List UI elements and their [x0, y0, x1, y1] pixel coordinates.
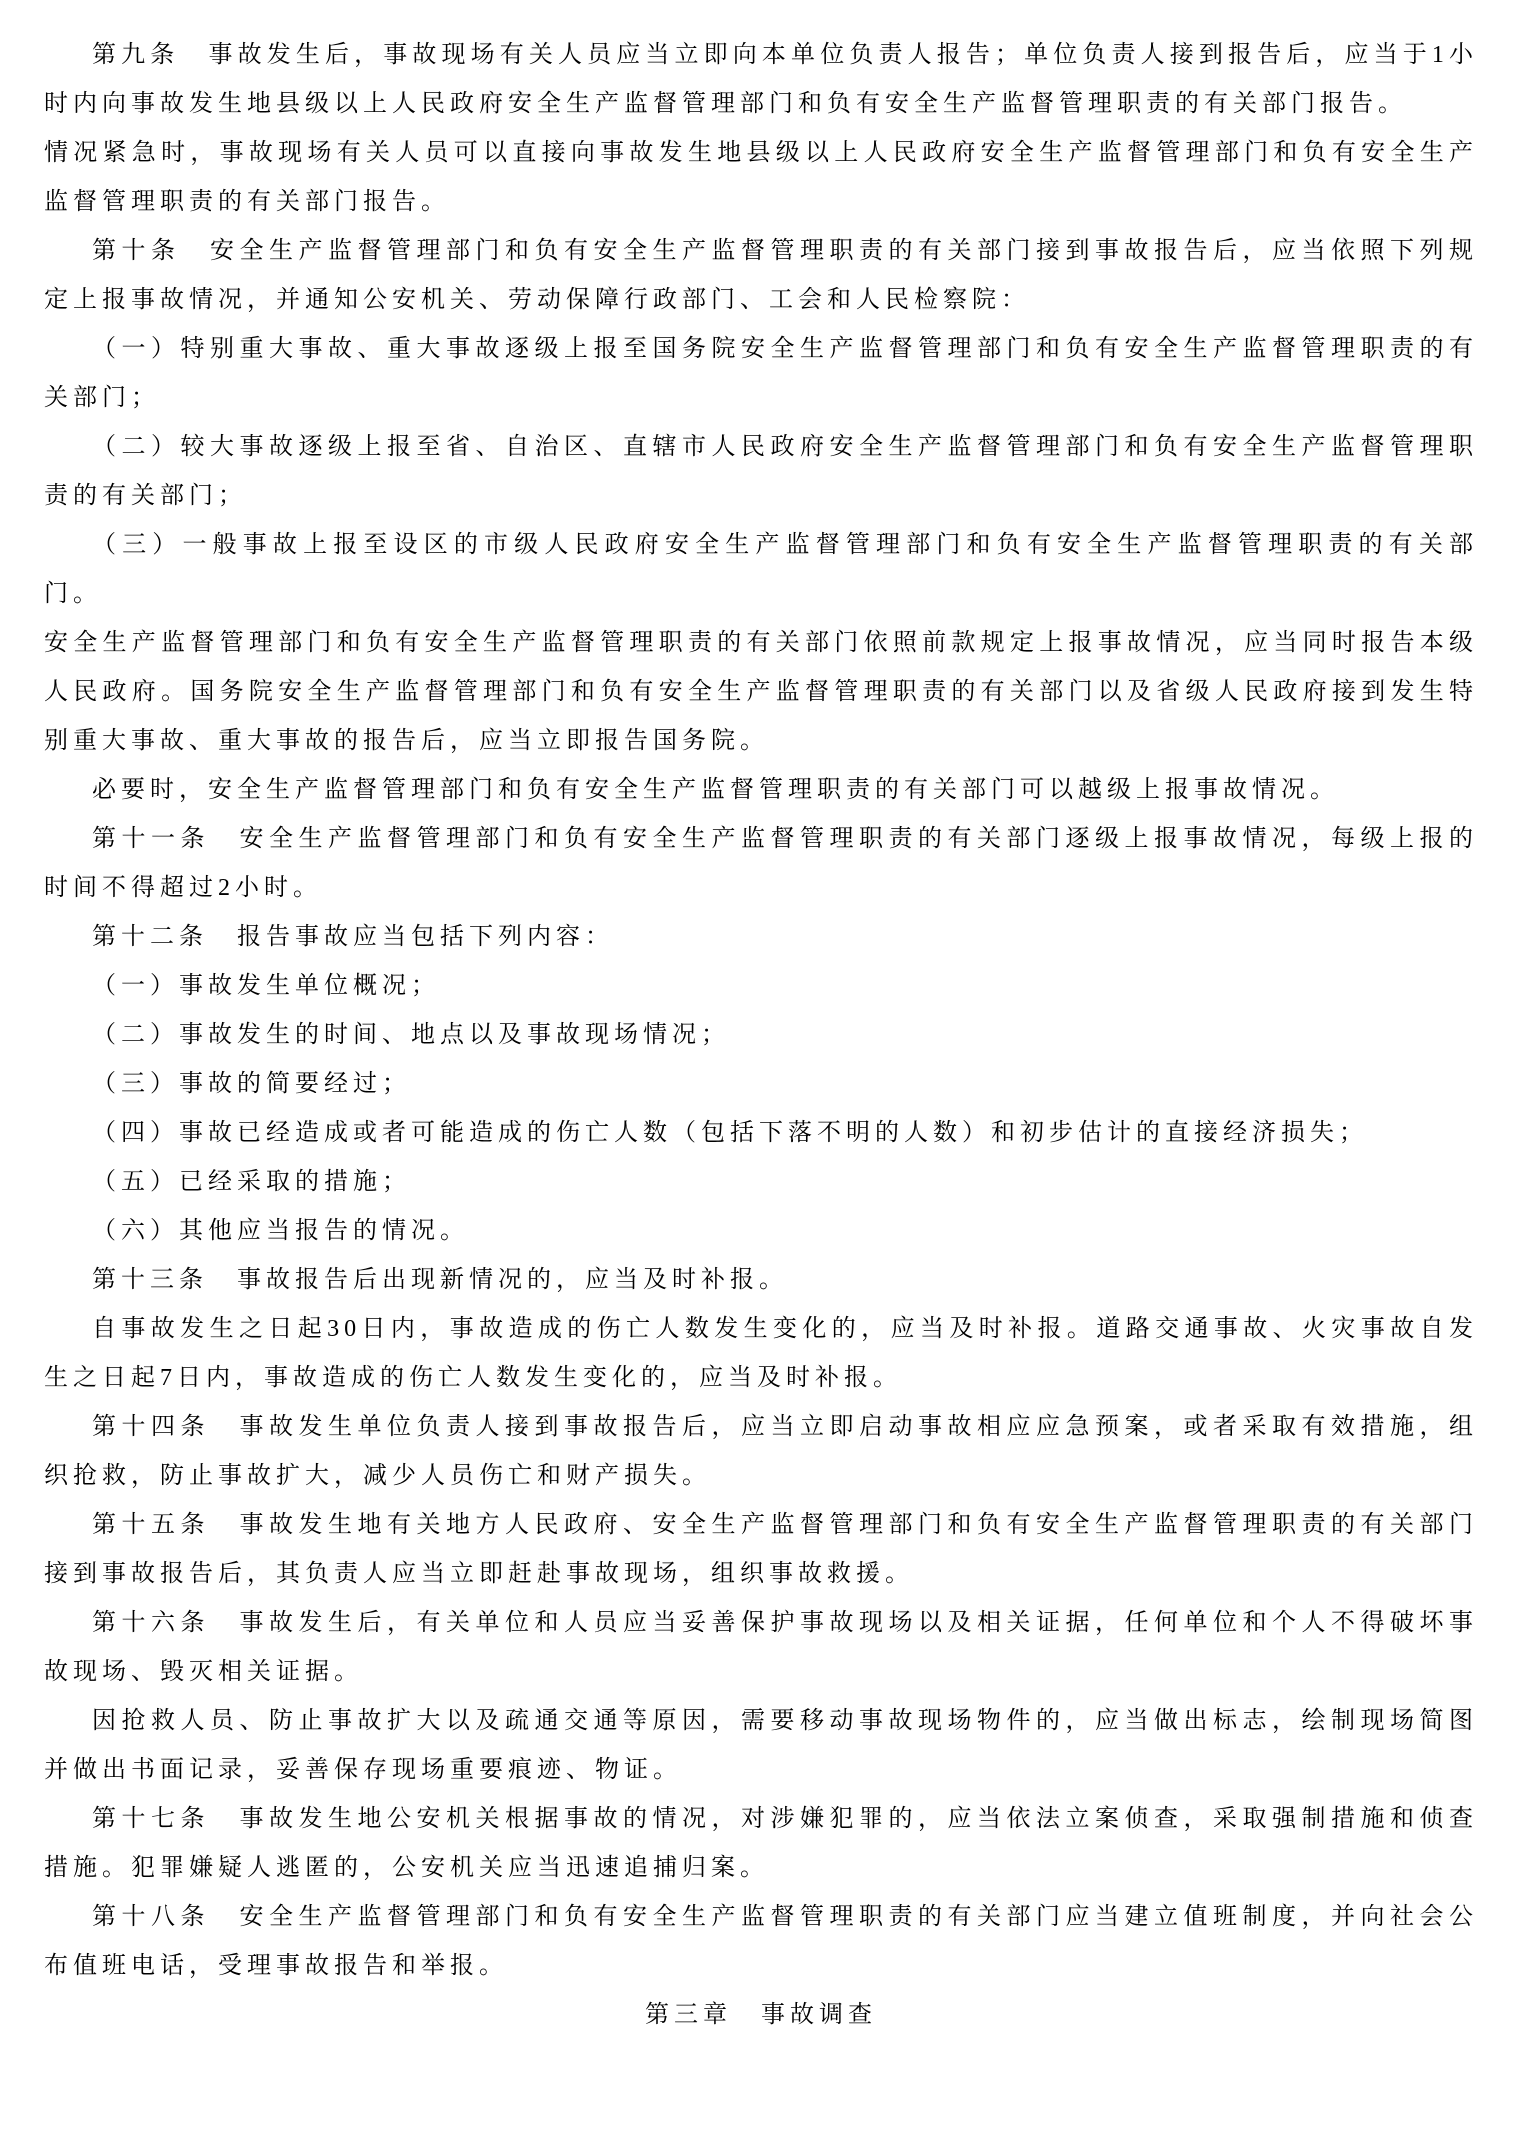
paragraph-article-9-urgent: 情况紧急时，事故现场有关人员可以直接向事故发生地县级以上人民政府安全生产监督管理…: [44, 129, 1478, 227]
paragraph-article-12-item-4: （四）事故已经造成或者可能造成的伤亡人数（包括下落不明的人数）和初步估计的直接经…: [44, 1109, 1478, 1158]
paragraph-article-10-item-3: （三）一般事故上报至设区的市级人民政府安全生产监督管理部门和负有安全生产监督管理…: [44, 521, 1478, 619]
paragraph-article-10-item-2: （二）较大事故逐级上报至省、自治区、直辖市人民政府安全生产监督管理部门和负有安全…: [44, 423, 1478, 521]
paragraph-article-18: 第十八条 安全生产监督管理部门和负有安全生产监督管理职责的有关部门应当建立值班制…: [44, 1893, 1478, 1991]
paragraph-article-10-clause-3: 必要时，安全生产监督管理部门和负有安全生产监督管理职责的有关部门可以越级上报事故…: [44, 766, 1478, 815]
paragraph-article-12-item-1: （一）事故发生单位概况；: [44, 962, 1478, 1011]
paragraph-article-12-item-5: （五）已经采取的措施；: [44, 1158, 1478, 1207]
paragraph-article-16: 第十六条 事故发生后，有关单位和人员应当妥善保护事故现场以及相关证据，任何单位和…: [44, 1599, 1478, 1697]
document-page: 第九条 事故发生后，事故现场有关人员应当立即向本单位负责人报告；单位负责人接到报…: [0, 0, 1520, 2150]
paragraph-article-13: 第十三条 事故报告后出现新情况的，应当及时补报。: [44, 1256, 1478, 1305]
paragraph-article-10-clause-2: 安全生产监督管理部门和负有安全生产监督管理职责的有关部门依照前款规定上报事故情况…: [44, 619, 1478, 766]
paragraph-article-12-item-6: （六）其他应当报告的情况。: [44, 1207, 1478, 1256]
paragraph-article-12-item-2: （二）事故发生的时间、地点以及事故现场情况；: [44, 1011, 1478, 1060]
paragraph-article-16-clause-2: 因抢救人员、防止事故扩大以及疏通交通等原因，需要移动事故现场物件的，应当做出标志…: [44, 1697, 1478, 1795]
paragraph-article-12: 第十二条 报告事故应当包括下列内容：: [44, 913, 1478, 962]
paragraph-article-17: 第十七条 事故发生地公安机关根据事故的情况，对涉嫌犯罪的，应当依法立案侦查，采取…: [44, 1795, 1478, 1893]
paragraph-article-13-clause-2: 自事故发生之日起30日内，事故造成的伤亡人数发生变化的，应当及时补报。道路交通事…: [44, 1305, 1478, 1403]
chapter-3-heading: 第三章 事故调查: [44, 1991, 1478, 2040]
paragraph-article-14: 第十四条 事故发生单位负责人接到事故报告后，应当立即启动事故相应应急预案，或者采…: [44, 1403, 1478, 1501]
paragraph-article-10: 第十条 安全生产监督管理部门和负有安全生产监督管理职责的有关部门接到事故报告后，…: [44, 227, 1478, 325]
paragraph-article-10-item-1: （一）特别重大事故、重大事故逐级上报至国务院安全生产监督管理部门和负有安全生产监…: [44, 325, 1478, 423]
paragraph-article-12-item-3: （三）事故的简要经过；: [44, 1060, 1478, 1109]
paragraph-article-11: 第十一条 安全生产监督管理部门和负有安全生产监督管理职责的有关部门逐级上报事故情…: [44, 815, 1478, 913]
paragraph-article-9: 第九条 事故发生后，事故现场有关人员应当立即向本单位负责人报告；单位负责人接到报…: [44, 31, 1478, 129]
paragraph-article-15: 第十五条 事故发生地有关地方人民政府、安全生产监督管理部门和负有安全生产监督管理…: [44, 1501, 1478, 1599]
